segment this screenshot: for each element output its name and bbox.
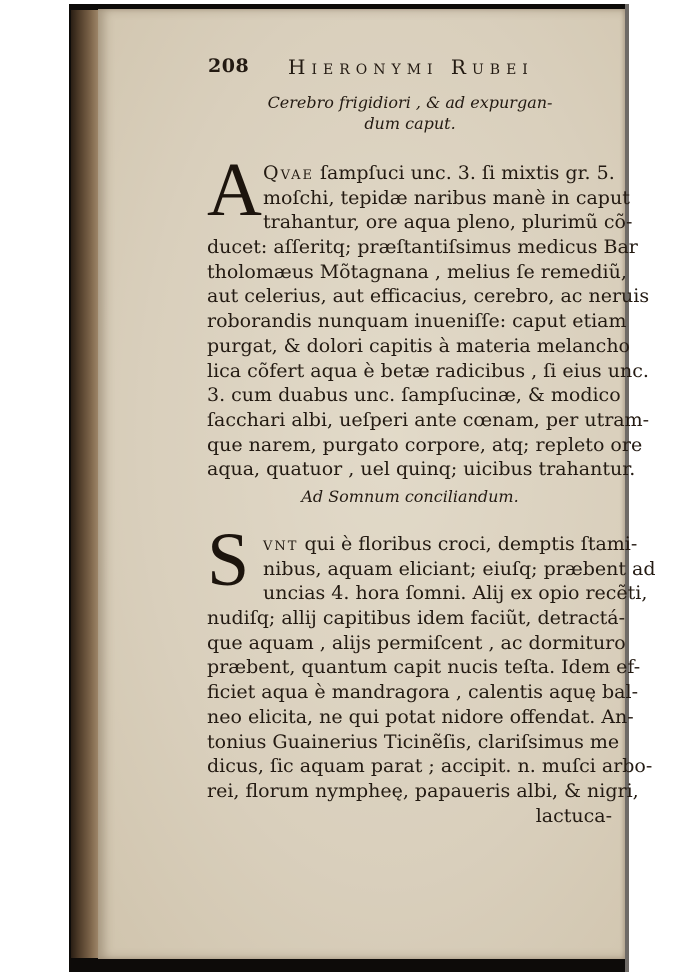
text-line: moſchi, tepidæ naribus manè in caput bbox=[207, 186, 612, 211]
page-number: 208 bbox=[208, 55, 249, 77]
text-line: aqua, quatuor , uel quinq; uicibus traha… bbox=[207, 457, 612, 482]
text-line: lica cõfert aqua è betæ radicibus , ſi e… bbox=[207, 359, 612, 384]
page-right-edge bbox=[625, 4, 629, 972]
text-line: ducet: aſſeritq; præſtantiſsimus medicus… bbox=[207, 235, 612, 260]
section-heading-cerebro: Cerebro frigidiori , & ad expurgan- dum … bbox=[230, 92, 590, 134]
running-head-author: Hieronymi Rubei bbox=[288, 55, 534, 79]
text-line: que narem, purgato corpore, atq; repleto… bbox=[207, 433, 612, 458]
text-line: tholomæus Mõtagnana , melius ſe remediũ, bbox=[207, 260, 612, 285]
running-head: 208 Hieronymi Rubei bbox=[208, 55, 568, 81]
heading-line: dum caput. bbox=[230, 113, 590, 134]
catchword: lactuca- bbox=[207, 804, 612, 829]
text-line: præbent, quantum capit nucis teſta. Idem… bbox=[207, 655, 612, 680]
text-line: nudiſq; allij capitibus idem faciũt, det… bbox=[207, 606, 612, 631]
paragraph-somnum: vnt qui è floribus croci, demptis ſtami-… bbox=[207, 532, 612, 828]
text-line: neo elicita, ne qui potat nidore offenda… bbox=[207, 705, 612, 730]
text-line: uncias 4. hora ſomni. Alij ex opio recẽt… bbox=[207, 581, 612, 606]
text-line: ſacchari albi, ueſperi ante cœnam, per u… bbox=[207, 408, 612, 433]
text-line: Qvae ſampſuci unc. 3. ſi mixtis gr. 5. bbox=[207, 161, 612, 186]
text-line: aut celerius, aut efficacius, cerebro, a… bbox=[207, 284, 612, 309]
heading-line: Cerebro frigidiori , & ad expurgan- bbox=[230, 92, 590, 113]
paragraph-cerebro: Qvae ſampſuci unc. 3. ſi mixtis gr. 5. m… bbox=[207, 161, 612, 482]
text-line: purgat, & dolori capitis à materia melan… bbox=[207, 334, 612, 359]
text-line: ficiet aqua è mandragora , calentis aquę… bbox=[207, 680, 612, 705]
section-heading-somnum: Ad Somnum conciliandum. bbox=[230, 486, 590, 507]
text-line: que aquam , alijs permiſcent , ac dormit… bbox=[207, 631, 612, 656]
text-line: roborandis nunquam inueniſſe: caput etia… bbox=[207, 309, 612, 334]
text-line: trahantur, ore aqua pleno, plurimũ cõ- bbox=[207, 210, 612, 235]
text-line: vnt qui è floribus croci, demptis ſtami- bbox=[207, 532, 612, 557]
text-line: nibus, aquam eliciant; eiuſq; præbent ad bbox=[207, 557, 612, 582]
text-line: rei, florum nympheę, papaueris albi, & n… bbox=[207, 779, 612, 804]
text-line: dicus, ſic aquam parat ; accipit. n. muſ… bbox=[207, 754, 612, 779]
text-line: tonius Guainerius Ticinẽſis, clariſsimus… bbox=[207, 730, 612, 755]
text-line: 3. cum duabus unc. ſampſucinæ, & modico bbox=[207, 383, 612, 408]
